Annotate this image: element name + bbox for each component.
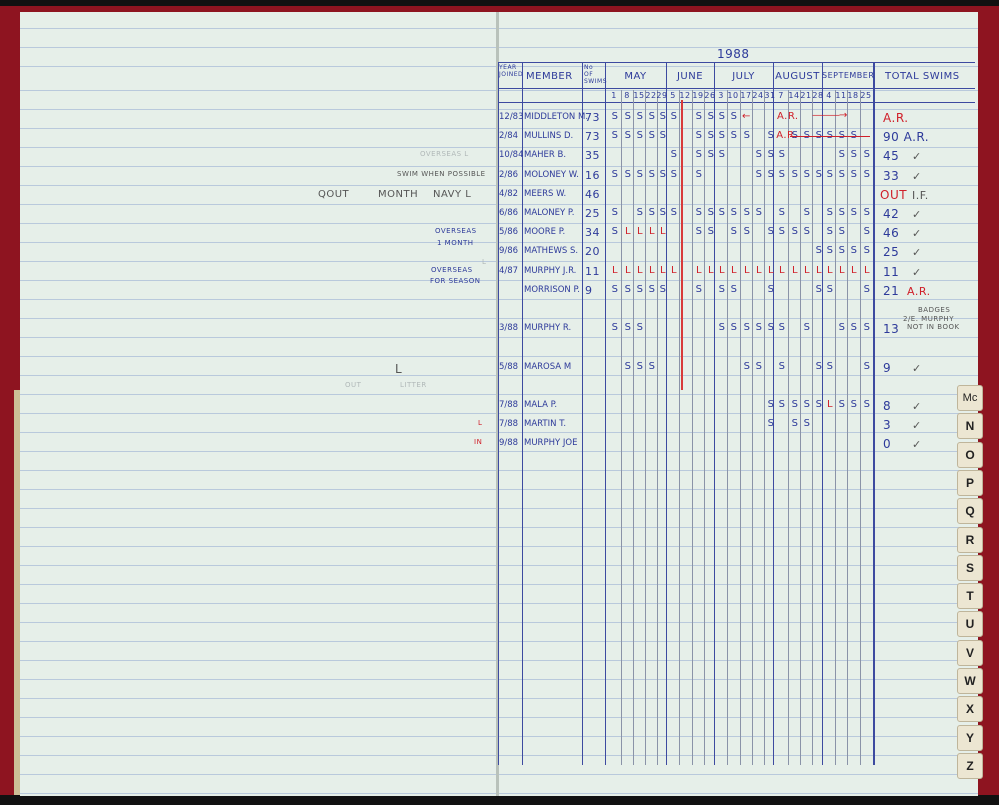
row-year-joined: 5/86 <box>499 227 518 237</box>
row-total-swims: 33 <box>883 169 899 183</box>
background-bottom <box>0 795 999 805</box>
row-year-joined: 7/88 <box>499 419 518 429</box>
row-year-joined: 3/88 <box>499 323 518 333</box>
dates-rule <box>498 102 975 103</box>
attendance-mark: S <box>666 111 682 122</box>
attendance-mark: S <box>774 149 790 160</box>
header-year-joined: YEAR JOINED <box>499 64 521 78</box>
margin-note: OVERSEAS <box>435 227 477 235</box>
date-divider <box>740 90 741 765</box>
attendance-mark: S <box>739 130 755 141</box>
header-member: MEMBER <box>526 71 573 82</box>
attendance-mark: S <box>655 284 671 295</box>
header-no-of-swims: No OF SWIMS <box>584 64 604 85</box>
column-divider <box>498 62 499 765</box>
attendance-mark: S <box>666 169 682 180</box>
row-total-swims: 0 <box>883 437 891 451</box>
row-member-name: MALA P. <box>524 400 557 410</box>
index-tab-n[interactable]: N <box>957 413 983 439</box>
row-total-swims: 46 <box>883 226 899 240</box>
attendance-mark: S <box>822 284 838 295</box>
column-divider <box>522 62 523 765</box>
row-total-swims: 42 <box>883 207 899 221</box>
attendance-mark: S <box>691 169 707 180</box>
ledger-year: 1988 <box>717 47 750 61</box>
index-tab-w[interactable]: W <box>957 668 983 694</box>
date-divider <box>847 90 848 765</box>
index-tab-o[interactable]: O <box>957 442 983 468</box>
row-year-joined: 10/84 <box>499 150 524 160</box>
attendance-mark: S <box>607 207 623 218</box>
row-check-mark: NOT IN BOOK <box>907 323 960 331</box>
attendance-mark: S <box>822 361 838 372</box>
attendance-mark: S <box>859 169 875 180</box>
attendance-mark: S <box>714 149 730 160</box>
row-check-mark: ✓ <box>912 438 922 451</box>
margin-note: SWIM WHEN POSSIBLE <box>397 170 486 178</box>
attendance-mark: S <box>726 284 742 295</box>
attendance-mark: S <box>655 130 671 141</box>
row-total-swims: 90 A.R. <box>883 130 929 144</box>
row-no-of-swims: 20 <box>585 245 600 258</box>
month-divider <box>773 62 774 765</box>
away-note: A.R. <box>777 111 799 122</box>
row-check-mark: ✓ <box>912 362 922 375</box>
attendance-mark: S <box>859 361 875 372</box>
month-divider <box>666 62 667 765</box>
row-member-name: MATHEWS S. <box>524 246 578 256</box>
attendance-mark: S <box>632 322 648 333</box>
row-check-mark: A.R. <box>907 285 931 298</box>
month-divider <box>605 62 606 765</box>
date-divider <box>633 90 634 765</box>
attendance-mark: S <box>763 418 779 429</box>
background-top <box>0 0 999 6</box>
index-tab-p[interactable]: P <box>957 470 983 496</box>
row-member-name: MALONEY P. <box>524 208 574 218</box>
attendance-mark: S <box>859 207 875 218</box>
attendance-mark: S <box>859 322 875 333</box>
row-member-name: MAHER B. <box>524 150 566 160</box>
row-member-name: MAROSA M <box>524 362 571 372</box>
header-total-swims: TOTAL SWIMS <box>885 71 960 82</box>
header-rule <box>498 88 975 89</box>
index-tab-t[interactable]: T <box>957 583 983 609</box>
index-tab-y[interactable]: Y <box>957 725 983 751</box>
date-divider <box>752 90 753 765</box>
date-divider <box>727 90 728 765</box>
row-member-name: MIDDLETON M. <box>524 112 588 122</box>
attendance-mark: S <box>799 207 815 218</box>
date-divider <box>704 90 705 765</box>
row-total-swims: 25 <box>883 245 899 259</box>
row-member-name: MOLONEY W. <box>524 170 579 180</box>
header-top-rule <box>498 62 975 63</box>
attendance-mark: S <box>834 226 850 237</box>
margin-note: MONTH <box>378 189 418 200</box>
row-no-of-swims: 34 <box>585 226 600 239</box>
attendance-mark: S <box>859 284 875 295</box>
attendance-mark: S <box>774 207 790 218</box>
row-member-name: MULLINS D. <box>524 131 573 141</box>
month-header-may: MAY <box>605 71 666 82</box>
row-no-of-swims: 11 <box>585 265 600 278</box>
index-tab-r[interactable]: R <box>957 527 983 553</box>
attendance-mark: S <box>859 245 875 256</box>
margin-note: OUT <box>345 381 361 389</box>
row-total-swims: OUT <box>880 188 907 202</box>
row-member-name: MOORE P. <box>524 227 565 237</box>
away-arrow: ———→ <box>812 110 846 121</box>
row-year-joined: 9/88 <box>499 438 518 448</box>
month-divider <box>714 62 715 765</box>
attendance-mark: S <box>799 418 815 429</box>
date-divider <box>692 90 693 765</box>
date-divider <box>645 90 646 765</box>
month-header-july: JULY <box>714 71 773 82</box>
margin-note: FOR SEASON <box>430 277 480 285</box>
column-divider <box>874 62 875 765</box>
date-divider <box>860 90 861 765</box>
attendance-mark: S <box>859 149 875 160</box>
row-total-swims: 3 <box>883 418 891 432</box>
row-member-name: MURPHY JOE <box>524 438 577 448</box>
attendance-mark: L <box>655 226 671 237</box>
margin-note: OVERSEAS L <box>420 150 469 158</box>
date-divider <box>621 90 622 765</box>
row-check-mark: ✓ <box>912 419 922 432</box>
margin-note: L <box>395 362 402 376</box>
row-check-mark: ✓ <box>912 150 922 163</box>
row-total-swims: 9 <box>883 361 891 375</box>
attendance-mark: S <box>666 149 682 160</box>
margin-note: OVERSEAS <box>431 266 473 274</box>
row-check-mark: ✓ <box>912 400 922 413</box>
row-total-swims: 21 <box>883 284 899 298</box>
row-total-swims: 8 <box>883 399 891 413</box>
row-no-of-swims: 35 <box>585 149 600 162</box>
row-no-of-swims: 73 <box>585 111 600 124</box>
row-check-mark: ✓ <box>912 170 922 183</box>
month-header-september: SEPTEMBER <box>822 71 873 80</box>
attendance-mark: S <box>751 207 767 218</box>
row-member-name: MURPHY R. <box>524 323 571 333</box>
attendance-mark: S <box>799 226 815 237</box>
row-year-joined: 2/84 <box>499 131 518 141</box>
index-tab-q[interactable]: Q <box>957 498 983 524</box>
row-member-name: MURPHY J.R. <box>524 266 576 276</box>
date-divider <box>835 90 836 765</box>
row-total-swims: 45 <box>883 149 899 163</box>
index-tab-v[interactable]: V <box>957 640 983 666</box>
attendance-mark: S <box>644 361 660 372</box>
row-no-of-swims: 46 <box>585 188 600 201</box>
margin-note: IN <box>474 438 482 446</box>
month-divider <box>822 62 823 765</box>
margin-note: 1 MONTH <box>437 239 474 247</box>
margin-note: LITTER <box>400 381 427 389</box>
row-year-joined: 12/83 <box>499 112 524 122</box>
row-year-joined: 2/86 <box>499 170 518 180</box>
attendance-mark: S <box>751 361 767 372</box>
row-no-of-swims: 73 <box>585 130 600 143</box>
red-marker-line <box>681 100 683 390</box>
row-check-mark: I.F. <box>912 189 929 202</box>
row-no-of-swims: 25 <box>585 207 600 220</box>
attendance-mark: S <box>739 226 755 237</box>
row-year-joined: 4/82 <box>499 189 518 199</box>
attendance-mark: S <box>774 361 790 372</box>
margin-note: L <box>482 258 486 266</box>
date-divider <box>657 90 658 765</box>
attendance-mark: S <box>799 322 815 333</box>
row-total-swims: A.R. <box>883 111 909 125</box>
row-year-joined: 6/86 <box>499 208 518 218</box>
badges-note-line2: 2/E. MURPHY <box>903 315 954 323</box>
attendance-mark: S <box>726 111 742 122</box>
column-divider <box>582 62 583 765</box>
row-check-mark: ✓ <box>912 227 922 240</box>
margin-note: NAVY L <box>433 189 471 200</box>
row-total-swims: 11 <box>883 265 899 279</box>
index-tab-mc[interactable]: Mc <box>957 385 983 411</box>
row-member-name: MORRISON P. <box>524 285 580 295</box>
attendance-mark: L <box>859 265 875 276</box>
month-header-august: AUGUST <box>773 71 822 82</box>
row-check-mark: ✓ <box>912 246 922 259</box>
away-note: ← <box>742 111 751 122</box>
strike-arrow <box>790 136 870 137</box>
month-divider <box>873 62 874 765</box>
row-no-of-swims: 9 <box>585 284 593 297</box>
index-tab-x[interactable]: X <box>957 696 983 722</box>
attendance-mark: S <box>774 322 790 333</box>
attendance-mark: S <box>703 226 719 237</box>
date-divider <box>679 90 680 765</box>
month-header-june: JUNE <box>666 71 714 82</box>
attendance-mark: L <box>666 265 682 276</box>
row-year-joined: 5/88 <box>499 362 518 372</box>
row-no-of-swims: 16 <box>585 169 600 182</box>
attendance-mark: S <box>691 284 707 295</box>
badges-note-line1: BADGES <box>918 306 950 314</box>
row-total-swims: 13 <box>883 322 899 336</box>
index-tab-s[interactable]: S <box>957 555 983 581</box>
row-member-name: MEERS W. <box>524 189 566 199</box>
index-tab-u[interactable]: U <box>957 611 983 637</box>
margin-note: L <box>478 419 482 427</box>
attendance-mark: S <box>859 399 875 410</box>
row-year-joined: 9/86 <box>499 246 518 256</box>
left-page <box>20 12 498 796</box>
attendance-mark: S <box>859 226 875 237</box>
row-year-joined: 4/87 <box>499 266 518 276</box>
index-tab-z[interactable]: Z <box>957 753 983 779</box>
row-check-mark: ✓ <box>912 208 922 221</box>
row-member-name: MARTIN T. <box>524 419 566 429</box>
attendance-mark: S <box>763 284 779 295</box>
row-check-mark: ✓ <box>912 266 922 279</box>
attendance-mark: S <box>666 207 682 218</box>
row-year-joined: 7/88 <box>499 400 518 410</box>
date-header: 25 <box>858 91 874 100</box>
margin-note: QOUT <box>318 189 349 200</box>
